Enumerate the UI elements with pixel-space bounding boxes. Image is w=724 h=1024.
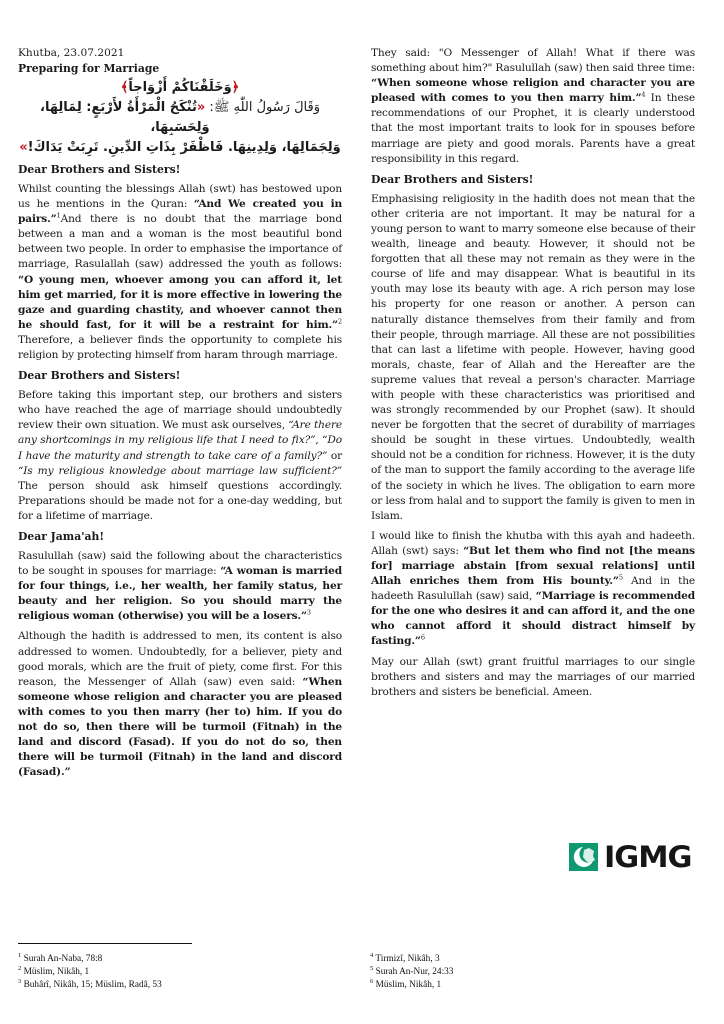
- igmg-crescent-map-icon: [569, 843, 598, 871]
- paragraph-closing-ayah: I would like to finish the khutba with t…: [371, 529, 695, 650]
- section-heading: Dear Brothers and Sisters!: [371, 172, 695, 187]
- khutba-date: Khutba, 23.07.2021: [18, 46, 342, 61]
- arabic-hadith-text-2: وَلِجَمَالِهَا، وَلِدِينِهَا. فَاظْفَرْ …: [28, 140, 341, 155]
- arabic-ayah: وَخَلَقْنَاكُمْ أَزْوَاجاً: [128, 80, 231, 95]
- right-column: They said: "O Messenger of Allah! What i…: [371, 46, 695, 705]
- igmg-logo: IGMG: [569, 842, 697, 872]
- footnote-6: 6 Müslim, Nikâh, 1: [370, 979, 453, 992]
- footnote-ref-2[interactable]: 2: [338, 317, 342, 325]
- arabic-hadith-text-1: تُنْكَحُ الْمَرْأَةُ لأَرْبَعٍ: لِمَالِه…: [40, 100, 210, 135]
- footnote-3: 3 Buhârî, Nikâh, 15; Müslim, Radâ, 53: [18, 979, 162, 992]
- igmg-wordmark: IGMG: [604, 843, 691, 871]
- footnote-text: Müslim, Nikâh, 1: [24, 967, 90, 977]
- question-3: “Is my religious knowledge about marriag…: [18, 465, 342, 477]
- footnote-4: 4 Tirmizî, Nikâh, 3: [370, 953, 453, 966]
- arabic-hadith-intro: وَقَالَ رَسُولُ اللّٰهِ ﷺ:: [205, 100, 320, 115]
- paragraph-religiosity: Emphasising religiosity in the hadith do…: [371, 192, 695, 524]
- footnote-text: Tirmizî, Nikâh, 3: [375, 954, 439, 964]
- footnote-text: Surah An-Naba, 78:8: [24, 954, 103, 964]
- text: Although the hadith is addressed to men,…: [18, 630, 342, 687]
- paragraph-intro: Whilst counting the blessings Allah (swt…: [18, 182, 342, 363]
- footnote-number: 4: [370, 952, 373, 959]
- footnote-text: Surah An-Nur, 24:33: [376, 967, 454, 977]
- paragraph-messenger: They said: "O Messenger of Allah! What i…: [371, 46, 695, 167]
- paragraph-piety: Although the hadith is addressed to men,…: [18, 629, 342, 780]
- footnote-1: 1 Surah An-Naba, 78:8: [18, 953, 162, 966]
- footnotes-right: 4 Tirmizî, Nikâh, 3 5 Surah An-Nur, 24:3…: [370, 953, 453, 992]
- footnote-text: Buhârî, Nikâh, 15; Müslim, Radâ, 53: [24, 980, 162, 990]
- footnote-2: 2 Müslim, Nikâh, 1: [18, 966, 162, 979]
- hadith-quote: “When someone whose religion and charact…: [18, 676, 342, 779]
- footnote-number: 3: [18, 978, 21, 985]
- text: or: [327, 450, 342, 462]
- text: The person should ask himself questions …: [18, 480, 342, 522]
- footnote-number: 6: [370, 978, 373, 985]
- arabic-ayah-block: ﴿وَخَلَقْنَاكُمْ أَزْوَاجاً﴾: [18, 78, 342, 98]
- footnote-5: 5 Surah An-Nur, 24:33: [370, 966, 453, 979]
- footnote-ref-6[interactable]: 6: [421, 634, 425, 642]
- footnote-number: 2: [18, 965, 21, 972]
- arabic-hadith-line-2: وَلِجَمَالِهَا، وَلِدِينِهَا. فَاظْفَرْ …: [18, 138, 342, 158]
- footnote-number: 5: [370, 965, 373, 972]
- ayah-bracket-open: ﴿: [232, 80, 240, 95]
- hadith-quote-close: »: [19, 140, 27, 155]
- footnote-text: Müslim, Nikâh, 1: [376, 980, 442, 990]
- text: Therefore, a believer finds the opportun…: [18, 334, 342, 361]
- section-heading: Dear Brothers and Sisters!: [18, 162, 342, 177]
- left-column: Khutba, 23.07.2021 Preparing for Marriag…: [18, 46, 342, 785]
- paragraph-four-things: Rasulullah (saw) said the following abou…: [18, 549, 342, 624]
- section-heading: Dear Brothers and Sisters!: [18, 368, 342, 383]
- paragraph-dua: May our Allah (swt) grant fruitful marri…: [371, 655, 695, 700]
- footnote-ref-3[interactable]: 3: [307, 609, 311, 617]
- footnotes-left: 1 Surah An-Naba, 78:8 2 Müslim, Nikâh, 1…: [18, 953, 162, 992]
- text: They said: "O Messenger of Allah! What i…: [371, 47, 695, 74]
- footnote-divider: [18, 943, 192, 944]
- arabic-hadith-line-1: وَقَالَ رَسُولُ اللّٰهِ ﷺ: «تُنْكَحُ الْ…: [18, 98, 342, 138]
- footnote-number: 1: [18, 952, 21, 959]
- text: And there is no doubt that the marriage …: [18, 213, 342, 270]
- section-heading: Dear Jama'ah!: [18, 529, 342, 544]
- page-title: Preparing for Marriage: [18, 61, 342, 76]
- hadith-quote: “O young men, whoever among you can affo…: [18, 274, 342, 331]
- paragraph-preparation: Before taking this important step, our b…: [18, 388, 342, 524]
